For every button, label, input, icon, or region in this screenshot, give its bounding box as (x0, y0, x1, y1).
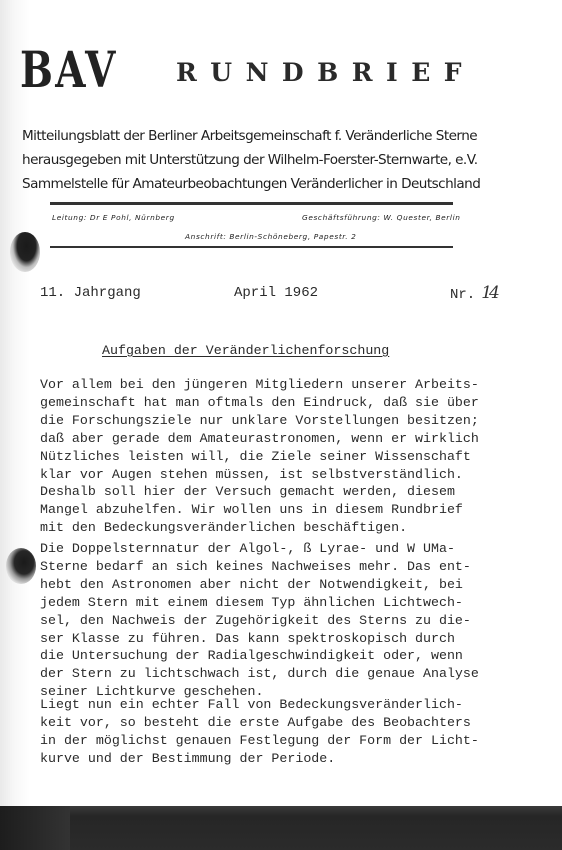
header-rule-top (50, 202, 453, 205)
article-line: ser Klasse zu führen. Das kann spektrosk… (40, 630, 550, 648)
issue-date: April 1962 (234, 284, 318, 302)
article-line: die Untersuchung der Radialgeschwindigke… (40, 647, 550, 665)
punch-hole-mark (10, 232, 40, 272)
article-line: Liegt nun ein echter Fall von Bedeckungs… (40, 696, 550, 714)
article-line: jedem Stern mit einem diesem Typ ähnlich… (40, 594, 550, 612)
newsletter-title: RUNDBRIEF (176, 58, 475, 88)
article-line: Die Doppelsternnatur der Algol-, ß Lyrae… (40, 540, 550, 558)
article-paragraph: Vor allem bei den jüngeren Mitgliedern u… (40, 376, 550, 537)
article-line: Nützliches leisten will, die Ziele seine… (40, 448, 550, 466)
article-line: hebt den Astronomen aber nicht der Notwe… (40, 576, 550, 594)
subtitle-line: Mitteilungsblatt der Berliner Arbeitsgem… (22, 127, 477, 145)
scan-background (0, 806, 562, 850)
article-line: kurve und der Bestimmung der Periode. (40, 750, 550, 768)
article-line: sel, den Nachweis der Zugehörigkeit des … (40, 612, 550, 630)
article-paragraph: Die Doppelsternnatur der Algol-, ß Lyrae… (40, 540, 550, 701)
bav-logo: BAV (20, 40, 118, 100)
issue-number-handwritten: 14 (481, 283, 497, 303)
document-page: BAV RUNDBRIEF Mitteilungsblatt der Berli… (0, 0, 562, 808)
issue-number-label: Nr. (450, 287, 475, 303)
article-line: Mangel abzuhelfen. Wir wollen uns in die… (40, 501, 550, 519)
geschaeftsfuehrung-text: Geschäftsführung: W. Quester, Berlin (302, 213, 461, 223)
article-line: die Forschungsziele nur unklare Vorstell… (40, 412, 550, 430)
article-line: mit den Bedeckungsveränderlichen beschäf… (40, 519, 550, 537)
leitung-text: Leitung: Dr E Pohl, Nürnberg (52, 213, 175, 223)
article-line: keit vor, so besteht die erste Aufgabe d… (40, 714, 550, 732)
anschrift-text: Anschrift: Berlin-Schöneberg, Papestr. 2 (185, 232, 356, 242)
article-paragraph: Liegt nun ein echter Fall von Bedeckungs… (40, 696, 550, 768)
subtitle-line: Sammelstelle für Amateurbeobachtungen Ve… (22, 175, 480, 193)
article-line: daß aber gerade dem Amateurastronomen, w… (40, 430, 550, 448)
article-line: Vor allem bei den jüngeren Mitgliedern u… (40, 376, 550, 394)
article-title: Aufgaben der Veränderlichenforschung (102, 342, 389, 359)
issue-number: Nr.14 (450, 284, 497, 304)
article-line: Sterne bedarf an sich keines Nachweises … (40, 558, 550, 576)
subtitle-line: herausgegeben mit Unterstützung der Wilh… (22, 151, 477, 169)
article-line: der Stern zu lichtschwach ist, durch die… (40, 665, 550, 683)
article-line: klar vor Augen stehen müssen, ist selbst… (40, 466, 550, 484)
header-rule-bottom (50, 246, 453, 248)
article-line: in der möglichst genauen Festlegung der … (40, 732, 550, 750)
article-line: Deshalb soll hier der Versuch gemacht we… (40, 483, 550, 501)
punch-hole-mark (6, 548, 36, 584)
volume-label: 11. Jahrgang (40, 284, 141, 302)
article-line: gemeinschaft hat man oftmals den Eindruc… (40, 394, 550, 412)
